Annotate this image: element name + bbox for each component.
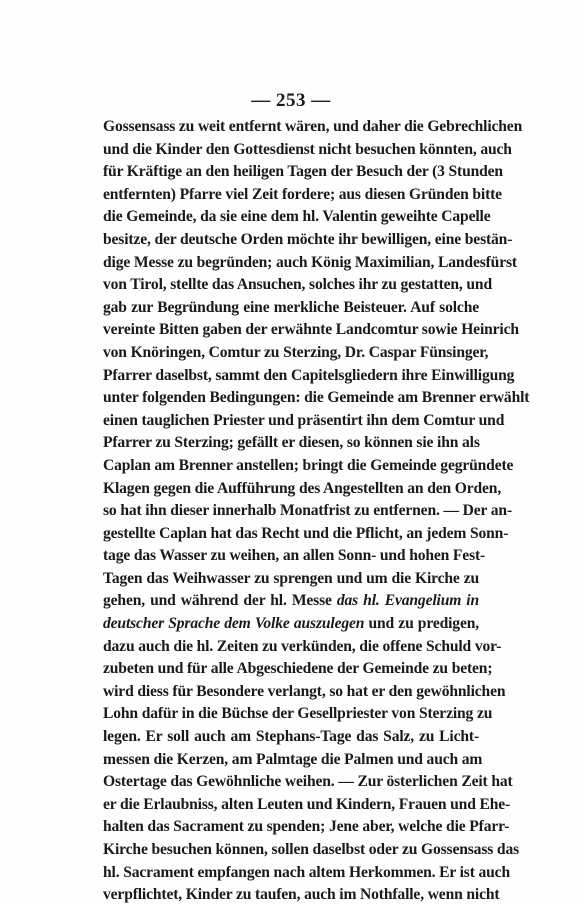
text-line: Tagen das Weihwasser zu sprengen und um … [103, 568, 479, 591]
text-line: messen die Kerzen, am Palmtage die Palme… [103, 749, 479, 772]
text-line: von Tirol, stellte das Ansuchen, solches… [103, 274, 479, 297]
roman-text: gehen, und während der hl. Messe [103, 592, 337, 609]
emphasized-text: deutscher Sprache dem Volke auszulegen [103, 615, 364, 632]
text-line: Ostertage das Gewöhnliche weihen. — Zur … [103, 771, 479, 794]
text-line: Klagen gegen die Aufführung des Angestel… [103, 478, 479, 501]
text-line: unter folgenden Bedingungen: die Gemeind… [103, 387, 479, 410]
text-line: Caplan am Brenner anstellen; bringt die … [103, 455, 479, 478]
body-text: Gossensass zu weit entfernt wären, und d… [103, 116, 479, 905]
text-line: legen. Er soll auch am Stephans-Tage das… [103, 726, 479, 749]
text-line: Pfarrer daselbst, sammt den Capitelsglie… [103, 365, 479, 388]
text-line: Kirche besuchen können, sollen daselbst … [103, 839, 479, 862]
roman-text: und zu predigen, [364, 615, 479, 632]
text-line: vereinte Bitten gaben der erwähnte Landc… [103, 319, 479, 342]
text-line: dazu auch die hl. Zeiten zu verkünden, d… [103, 636, 479, 659]
text-line: zubeten und für alle Abgeschiedene der G… [103, 658, 479, 681]
text-line: er die Erlaubniss, alten Leuten und Kind… [103, 794, 479, 817]
text-line: Gossensass zu weit entfernt wären, und d… [103, 116, 479, 139]
text-line: halten das Sacrament zu spenden; Jene ab… [103, 816, 479, 839]
page-number: — 253 — [103, 86, 479, 116]
text-line: gab zur Begründung eine merkliche Beiste… [103, 297, 479, 320]
text-line: so hat ihn dieser innerhalb Monatfrist z… [103, 500, 479, 523]
text-line: hl. Sacrament empfangen nach altem Herko… [103, 862, 479, 885]
text-line: für Kräftige an den heiligen Tagen der B… [103, 161, 479, 184]
text-line: dige Messe zu begründen; auch König Maxi… [103, 252, 479, 275]
book-page: — 253 — Gossensass zu weit entfernt wäre… [103, 86, 479, 905]
text-line: und die Kinder den Gottesdienst nicht be… [103, 139, 479, 162]
text-line-mixed: deutscher Sprache dem Volke auszulegen u… [103, 613, 479, 636]
text-line: Lohn dafür in die Büchse der Gesellpries… [103, 703, 479, 726]
text-line: von Knöringen, Comtur zu Sterzing, Dr. C… [103, 342, 479, 365]
text-line-mixed: gehen, und während der hl. Messe das hl.… [103, 590, 479, 613]
emphasized-text: das hl. Evangelium in [337, 592, 479, 609]
text-line: tage das Wasser zu weihen, an allen Sonn… [103, 545, 479, 568]
text-line: gestellte Caplan hat das Recht und die P… [103, 523, 479, 546]
text-line: verpflichtet, Kinder zu taufen, auch im … [103, 884, 479, 905]
text-line: einen tauglichen Priester und präsentirt… [103, 410, 479, 433]
text-line: wird diess für Besondere verlangt, so ha… [103, 681, 479, 704]
text-line: Pfarrer zu Sterzing; gefällt er diesen, … [103, 432, 479, 455]
text-line: die Gemeinde, da sie eine dem hl. Valent… [103, 206, 479, 229]
text-line: entfernten) Pfarre viel Zeit fordere; au… [103, 184, 479, 207]
text-line: besitze, der deutsche Orden möchte ihr b… [103, 229, 479, 252]
